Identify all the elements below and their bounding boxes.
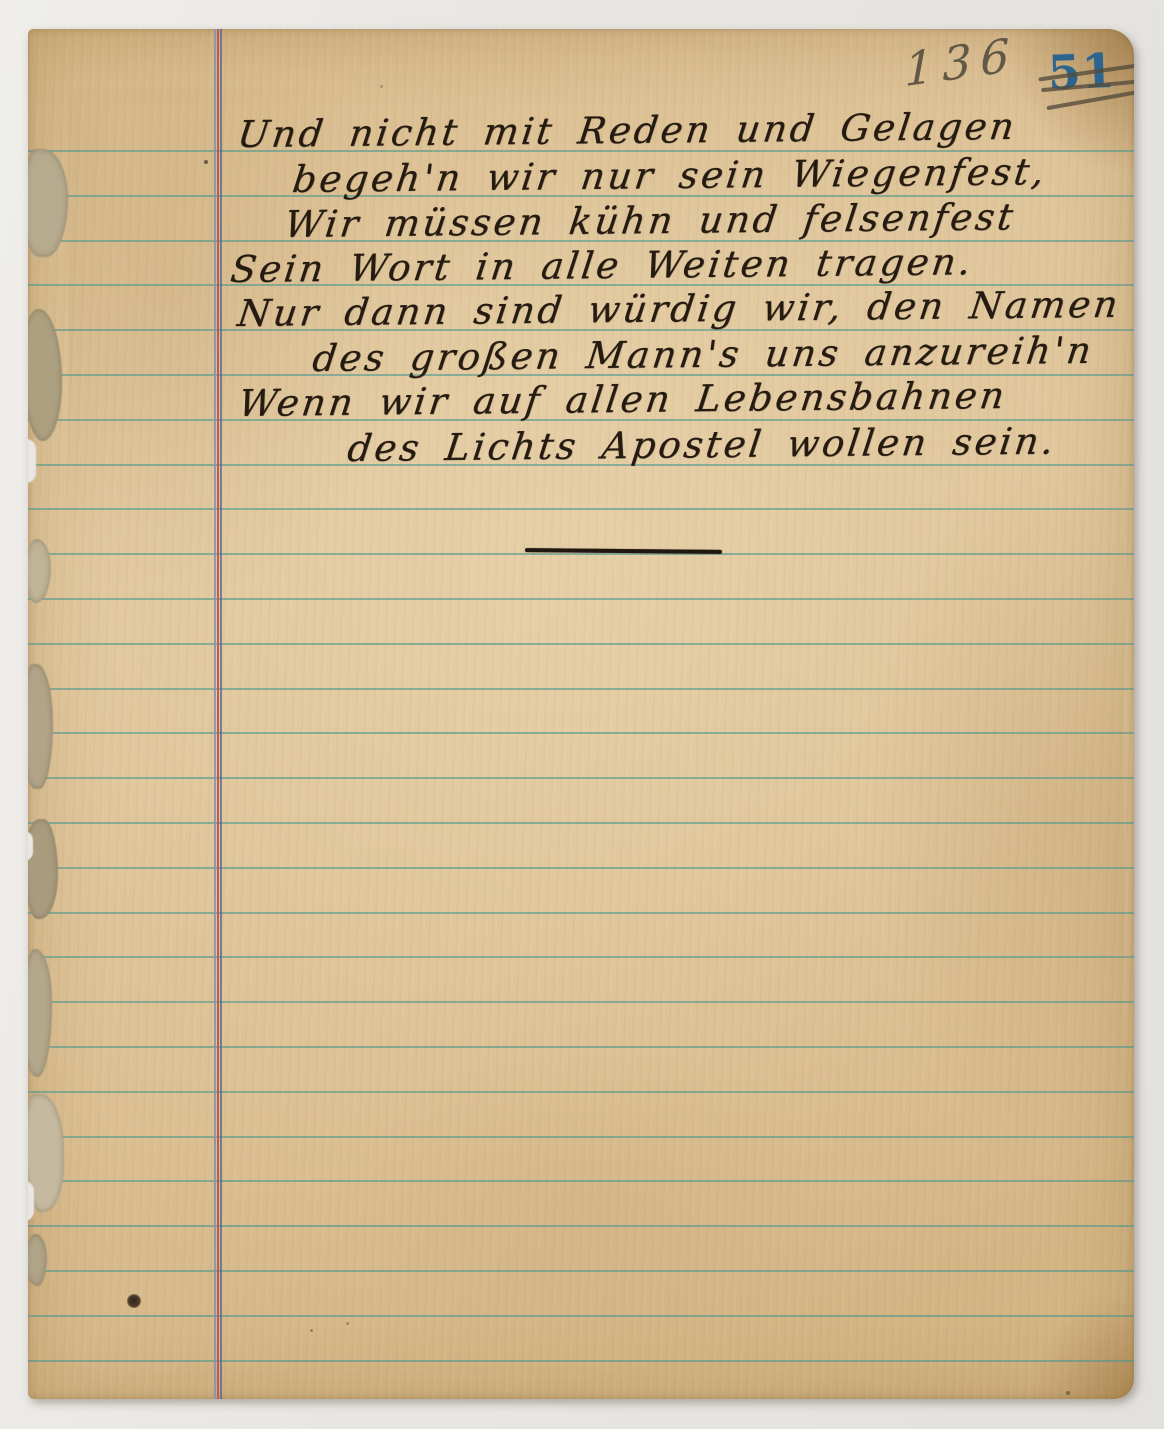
manuscript-page: Und nicht mit Reden und Gelagenbegeh'n w… xyxy=(28,29,1134,1399)
paper-speck xyxy=(380,85,383,88)
manuscript-line: Sein Wort in alle Weiten tragen. xyxy=(228,240,976,292)
scanner-background: Und nicht mit Reden und Gelagenbegeh'n w… xyxy=(0,0,1164,1429)
paper-speck xyxy=(1066,1391,1070,1395)
ink-blot xyxy=(127,1294,141,1308)
manuscript-line: Wir müssen kühn und felsenfest xyxy=(282,195,1018,247)
manuscript-line: des großen Mann's uns anzureih'n xyxy=(310,329,1096,381)
paper-speck xyxy=(346,1322,349,1325)
manuscript-line: des Lichts Apostel wollen sein. xyxy=(345,420,1059,471)
manuscript-line: Und nicht mit Reden und Gelagen xyxy=(235,105,1019,157)
manuscript-line: Wenn wir auf allen Lebensbahnen xyxy=(236,374,1010,426)
manuscript-line: Nur dann sind würdig wir, den Namen xyxy=(235,283,1123,336)
manuscript-text: Und nicht mit Reden und Gelagenbegeh'n w… xyxy=(28,29,1134,1399)
paper-speck xyxy=(310,1329,313,1332)
manuscript-line: begeh'n wir nur sein Wiegenfest, xyxy=(290,150,1050,202)
paper-speck xyxy=(204,160,208,164)
page-number-stamp-group: 51 xyxy=(1038,41,1134,125)
